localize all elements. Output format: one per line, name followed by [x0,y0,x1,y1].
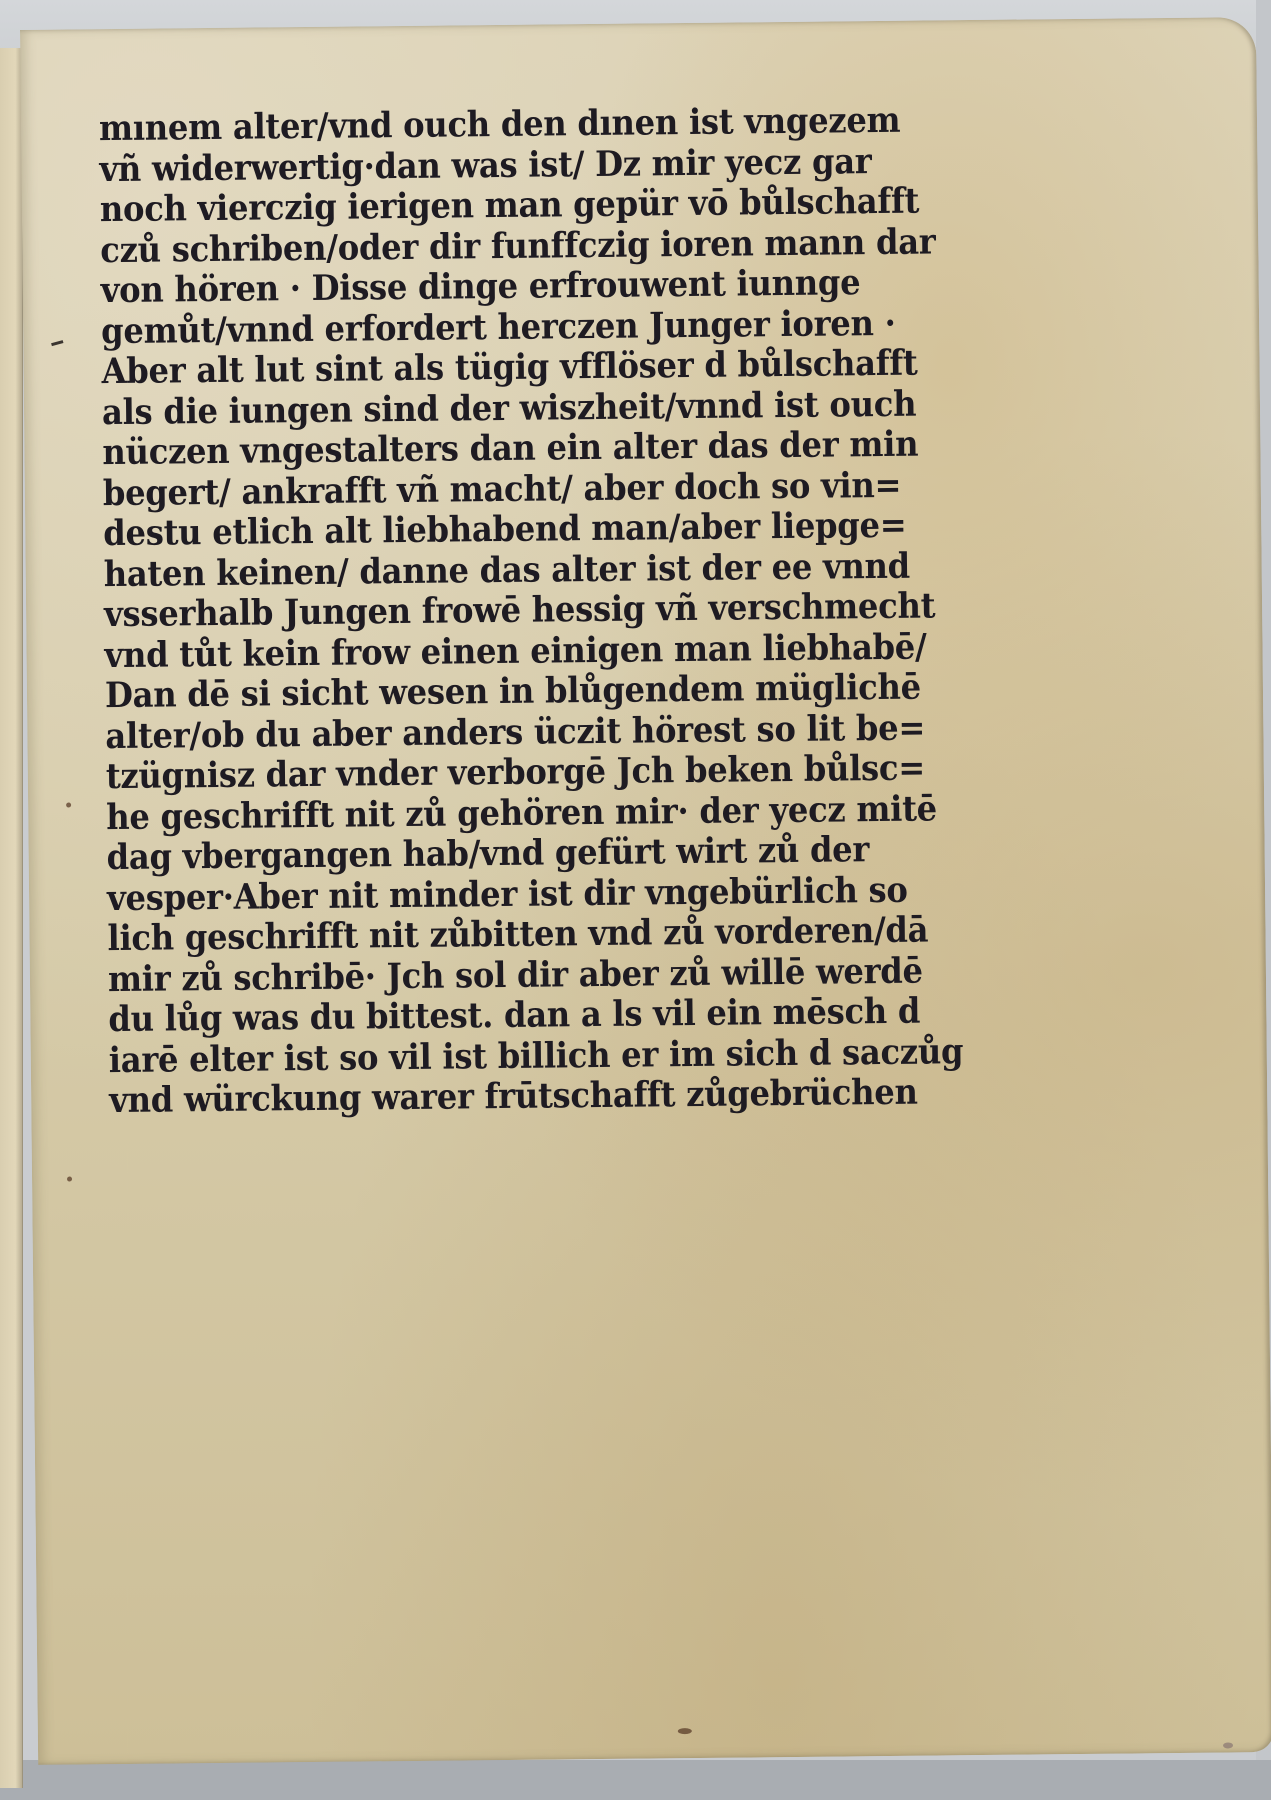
ink-speck [67,1177,72,1182]
previous-page-edge [0,48,23,1788]
ink-speck [66,803,71,808]
ink-speck [678,1728,692,1734]
ink-speck [1223,1742,1233,1748]
margin-mark [51,340,63,346]
book-page: mınem alter/vnd ouch den dınen ist vngez… [20,17,1271,1765]
text-line: vnd würckung warer frūtschafft zůgebrüch… [109,1072,993,1122]
background-table [0,1760,1271,1800]
text-block: mınem alter/vnd ouch den dınen ist vngez… [99,99,1070,1121]
